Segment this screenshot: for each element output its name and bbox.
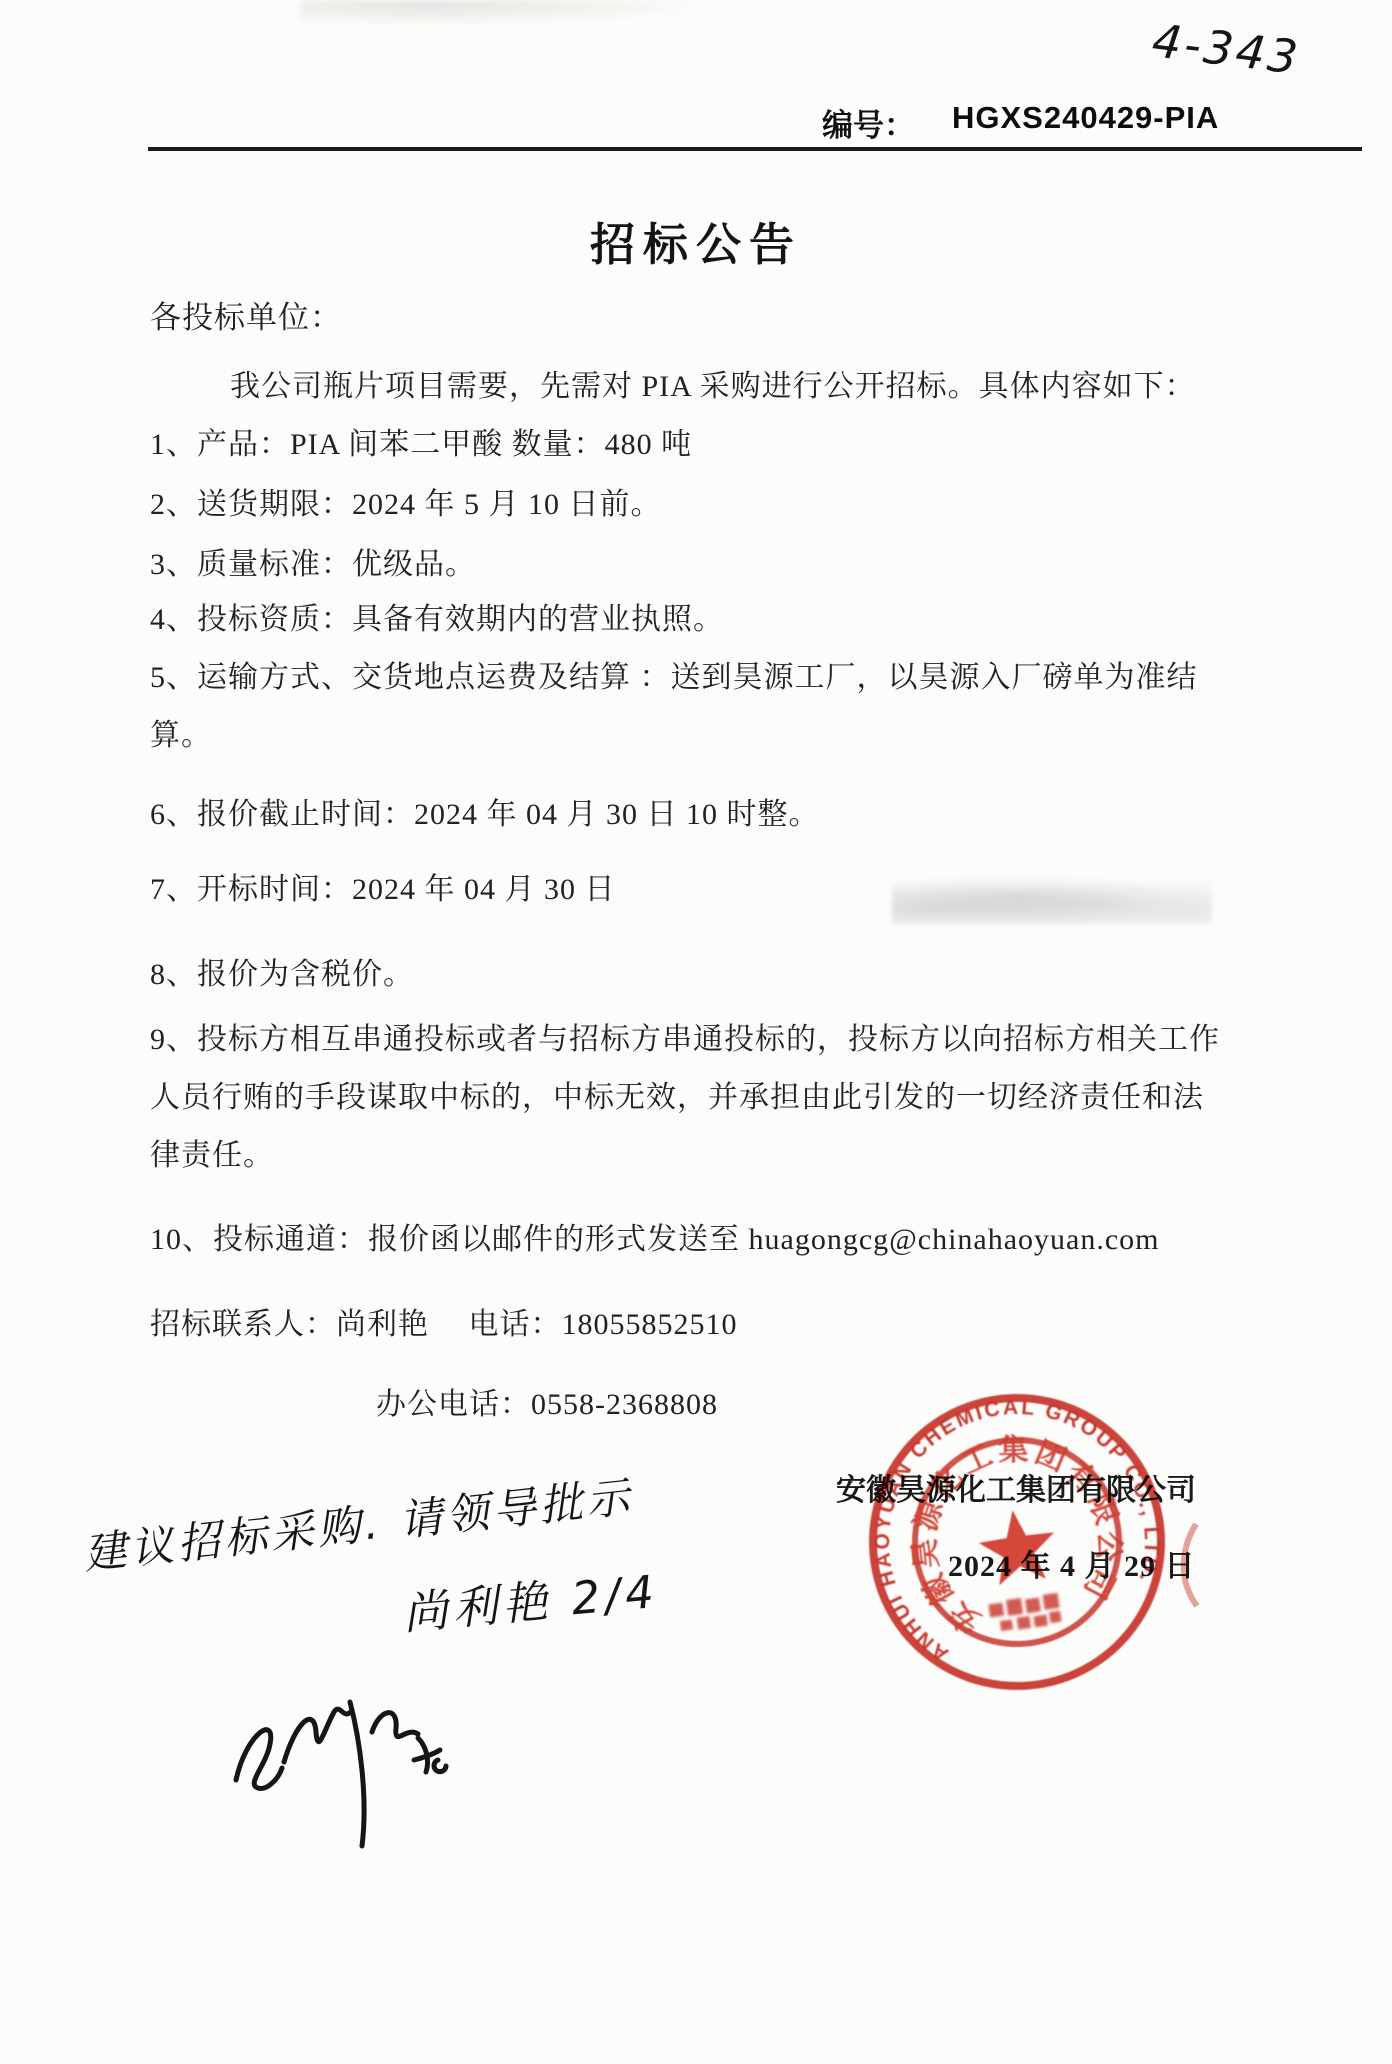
scanned-document-page: 4-343 编号： HGXS240429-PIA 招标公告 各投标单位： 我公司… — [0, 0, 1392, 2064]
doc-number-label: 编号： — [822, 100, 915, 145]
handwritten-corner-code: 4-343 — [1149, 13, 1303, 85]
item-9-line-1: 9、投标方相互串通投标或者与招标方串通投标的，投标方以向招标方相关工作 — [150, 1011, 1270, 1069]
salutation-line: 各投标单位： — [150, 289, 1270, 347]
page-title: 招标公告 — [0, 208, 1392, 273]
seal-star-icon — [975, 1505, 1060, 1587]
item-9-line-3: 律责任。 — [150, 1127, 1270, 1185]
company-seal: ANHUI HAOYUAN CHEMICAL GROUP CO., LTD. 安… — [852, 1372, 1242, 1718]
erased-text-smudge — [892, 872, 1212, 924]
handwritten-approval-signature: 尚利艳 2/4 — [400, 1555, 661, 1642]
item-6-line: 6、报价截止时间：2024 年 04 月 30 日 10 时整。 — [150, 786, 1270, 844]
doc-number-value: HGXS240429-PIA — [952, 100, 1219, 136]
seal-double-strike-mark — [1184, 1524, 1197, 1606]
item-2-line: 2、送货期限：2024 年 5 月 10 日前。 — [150, 476, 1270, 534]
item-5-line-1: 5、运输方式、交货地点运费及结算 ：送到昊源工厂，以昊源入厂磅单为准结 — [150, 649, 1270, 707]
item-5-line-2: 算。 — [150, 707, 1270, 765]
item-3-line: 3、质量标准：优级品。 — [150, 536, 1270, 594]
header-divider-line — [148, 147, 1362, 151]
seal-caption-blob — [988, 1593, 1062, 1633]
item-8-line: 8、报价为含税价。 — [150, 946, 1270, 1004]
contact-person-line: 招标联系人：尚利艳 电话：18055852510 — [150, 1296, 1270, 1354]
handwritten-signature-scribble — [222, 1688, 462, 1868]
scan-artifact-smudge — [300, 0, 720, 26]
item-4-line: 4、投标资质：具备有效期内的营业执照。 — [150, 591, 1270, 649]
intro-line: 我公司瓶片项目需要，先需对 PIA 采购进行公开招标。具体内容如下： — [230, 358, 1350, 416]
item-9-line-2: 人员行贿的手段谋取中标的，中标无效，并承担由此引发的一切经济责任和法 — [150, 1069, 1270, 1127]
item-10-line: 10、投标通道：报价函以邮件的形式发送至 huagongcg@chinahaoy… — [150, 1211, 1270, 1269]
item-1-line: 1、产品：PIA 间苯二甲酸 数量：480 吨 — [150, 416, 1270, 474]
